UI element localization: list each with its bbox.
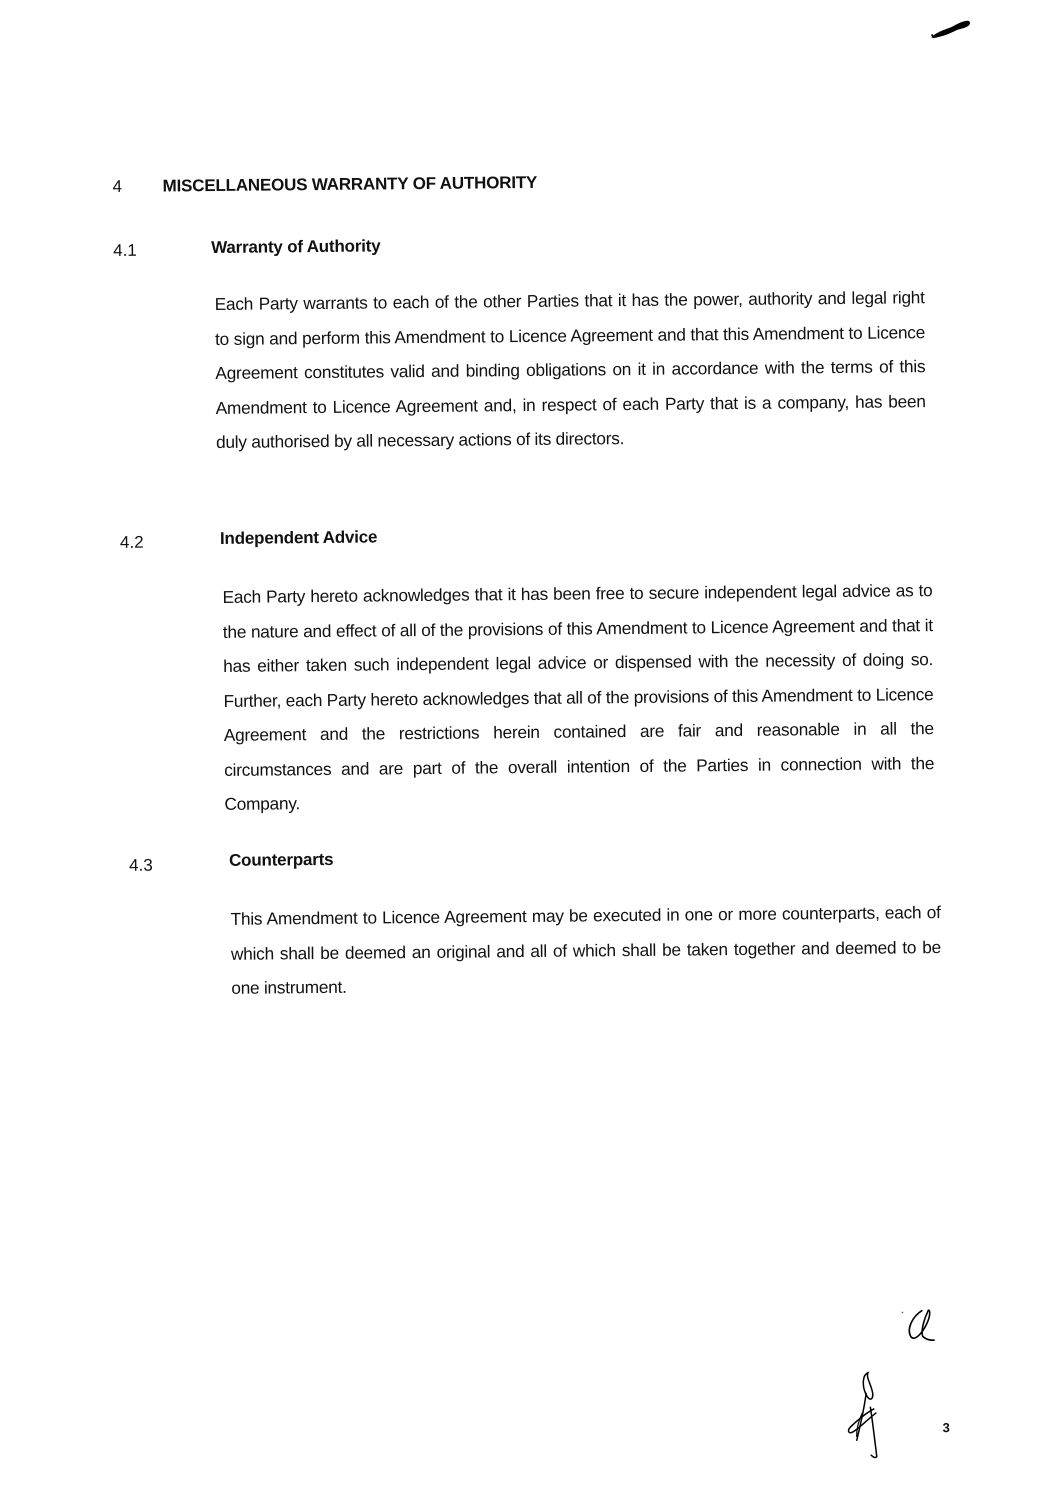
section-title: MISCELLANEOUS WARRANTY OF AUTHORITY	[162, 173, 537, 197]
clause-number: 4.2	[120, 533, 144, 553]
clause-title: Counterparts	[229, 850, 334, 871]
page-number: 3	[942, 1420, 949, 1435]
clause-text: Each Party warrants to each of the other…	[215, 280, 927, 459]
clause-text: Each Party hereto acknowledges that it h…	[222, 573, 934, 821]
clause-title: Independent Advice	[220, 527, 377, 549]
document-page: 4 MISCELLANEOUS WARRANTY OF AUTHORITY 4.…	[0, 0, 1060, 1500]
handwritten-initials-icon	[900, 1306, 940, 1346]
clause-number: 4.1	[113, 241, 137, 261]
clause-text: This Amendment to Licence Agreement may …	[230, 895, 941, 1005]
clause-number: 4.3	[129, 856, 153, 876]
handwritten-signature-icon	[844, 1369, 895, 1464]
ink-smudge-icon	[929, 18, 973, 40]
clause-title: Warranty of Authority	[211, 236, 380, 258]
section-number: 4	[112, 177, 122, 197]
